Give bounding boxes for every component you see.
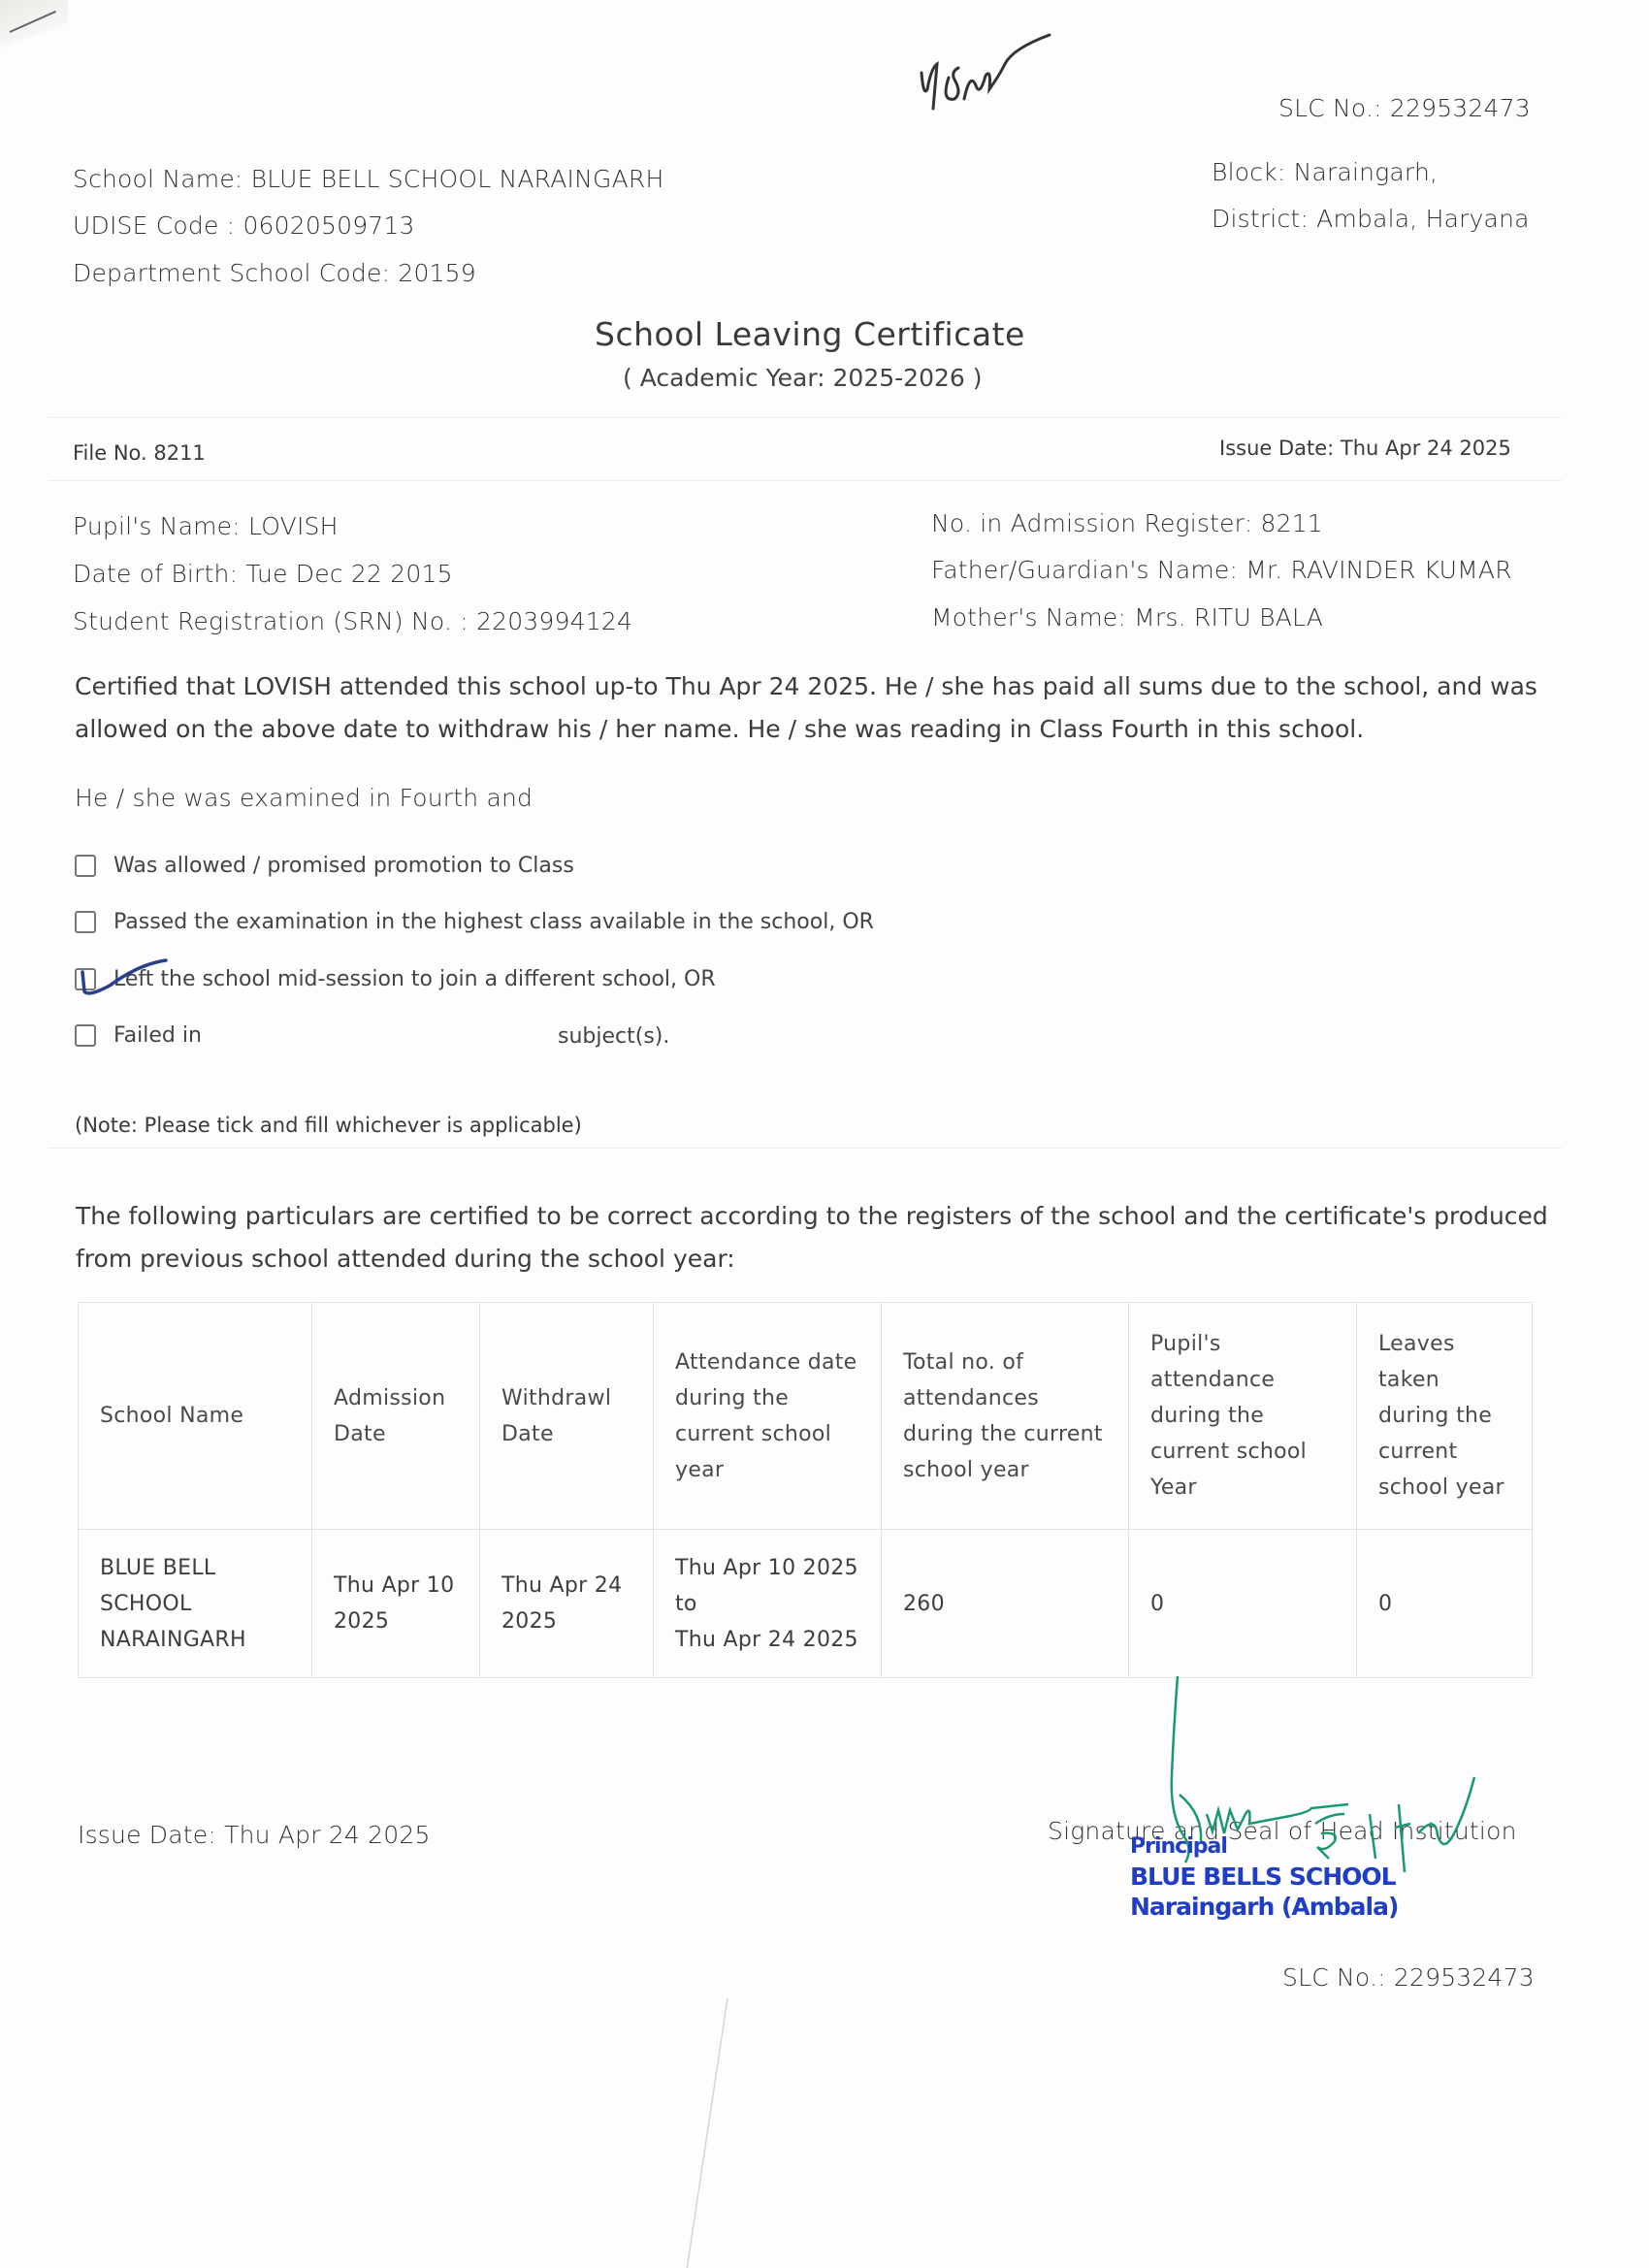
option-label: Was allowed / promised promotion to Clas…	[113, 854, 574, 878]
option-passed-highest-class[interactable]: Passed the examination in the highest cl…	[75, 910, 874, 934]
header-withdrawal-date: Withdrawl Date	[480, 1303, 654, 1530]
checkbox-promotion[interactable]	[75, 855, 96, 877]
date-of-birth: Date of Birth: Tue Dec 22 2015	[73, 560, 453, 588]
scan-stray-line	[679, 1998, 737, 2268]
cell-leaves-taken: 0	[1357, 1530, 1533, 1678]
file-number: File No. 8211	[73, 441, 206, 465]
divider	[48, 480, 1562, 481]
header-attendance-dates: Attendance date during the current schoo…	[654, 1303, 882, 1530]
pupil-name: Pupil's Name: LOVISH	[73, 512, 339, 540]
department-code-line: Department School Code: 20159	[73, 259, 476, 287]
checkbox-left-mid-session[interactable]	[75, 968, 96, 990]
particulars-table: School Name Admission Date Withdrawl Dat…	[78, 1302, 1533, 1678]
note: (Note: Please tick and fill whichever is…	[75, 1114, 582, 1137]
slc-number-top: SLC No.: 229532473	[1278, 94, 1531, 122]
seal-school-name: BLUE BELLS SCHOOL	[1130, 1862, 1398, 1892]
failed-subjects-suffix: subject(s).	[558, 1024, 669, 1049]
school-name-line: School Name: BLUE BELL SCHOOL NARAINGARH	[73, 165, 663, 193]
cell-total-attendances: 260	[882, 1530, 1129, 1678]
checkbox-passed-highest-class[interactable]	[75, 911, 96, 933]
cell-admission-date: Thu Apr 10 2025	[312, 1530, 480, 1678]
header-admission-date: Admission Date	[312, 1303, 480, 1530]
divider	[48, 1148, 1562, 1149]
option-label: Left the school mid-session to join a di…	[113, 967, 716, 991]
issue-date-top: Issue Date: Thu Apr 24 2025	[1219, 437, 1511, 460]
issue-date-bottom: Issue Date: Thu Apr 24 2025	[78, 1821, 431, 1849]
district-line: District: Ambala, Haryana	[1212, 205, 1530, 233]
father-guardian-name: Father/Guardian's Name: Mr. RAVINDER KUM…	[931, 556, 1512, 584]
header-school-name: School Name	[79, 1303, 312, 1530]
option-failed[interactable]: Failed in	[75, 1023, 202, 1048]
examined-line: He / she was examined in Fourth and	[75, 784, 533, 812]
school-seal-stamp: Principal BLUE BELLS SCHOOL Naraingarh (…	[1130, 1831, 1398, 1922]
table-row: BLUE BELL SCHOOL NARAINGARH Thu Apr 10 2…	[79, 1530, 1533, 1678]
divider	[48, 417, 1562, 418]
cell-pupil-attendance: 0	[1129, 1530, 1357, 1678]
option-label: Failed in	[113, 1023, 202, 1048]
slc-number-bottom: SLC No.: 229532473	[1282, 1963, 1535, 1992]
handwritten-number-scrawl	[912, 29, 1077, 116]
cell-school-name: BLUE BELL SCHOOL NARAINGARH	[79, 1530, 312, 1678]
folded-corner	[0, 0, 68, 58]
srn-number: Student Registration (SRN) No. : 2203994…	[73, 607, 632, 635]
certificate-title: School Leaving Certificate	[595, 315, 1025, 353]
handwritten-tick-icon	[71, 953, 178, 1001]
block-line: Block: Naraingarh,	[1212, 158, 1438, 186]
option-left-mid-session[interactable]: Left the school mid-session to join a di…	[75, 967, 716, 991]
header-total-attendances: Total no. of attendances during the curr…	[882, 1303, 1129, 1530]
udise-code-line: UDISE Code : 06020509713	[73, 211, 415, 240]
academic-year: ( Academic Year: 2025-2026 )	[623, 364, 983, 392]
cell-withdrawal-date: Thu Apr 24 2025	[480, 1530, 654, 1678]
header-pupil-attendance: Pupil's attendance during the current sc…	[1129, 1303, 1357, 1530]
mother-name: Mother's Name: Mrs. RITU BALA	[931, 603, 1323, 632]
checkbox-failed[interactable]	[75, 1024, 96, 1047]
option-promotion[interactable]: Was allowed / promised promotion to Clas…	[75, 854, 574, 878]
admission-register-number: No. in Admission Register: 8211	[931, 509, 1323, 537]
table-header-row: School Name Admission Date Withdrawl Dat…	[79, 1303, 1533, 1530]
particulars-intro: The following particulars are certified …	[76, 1195, 1569, 1280]
option-label: Passed the examination in the highest cl…	[113, 910, 874, 934]
cell-attendance-dates: Thu Apr 10 2025 to Thu Apr 24 2025	[654, 1530, 882, 1678]
seal-location: Naraingarh (Ambala)	[1130, 1892, 1398, 1922]
header-leaves-taken: Leaves taken during the current school y…	[1357, 1303, 1533, 1530]
seal-title: Principal	[1130, 1831, 1398, 1862]
certification-paragraph: Certified that LOVISH attended this scho…	[75, 665, 1568, 751]
